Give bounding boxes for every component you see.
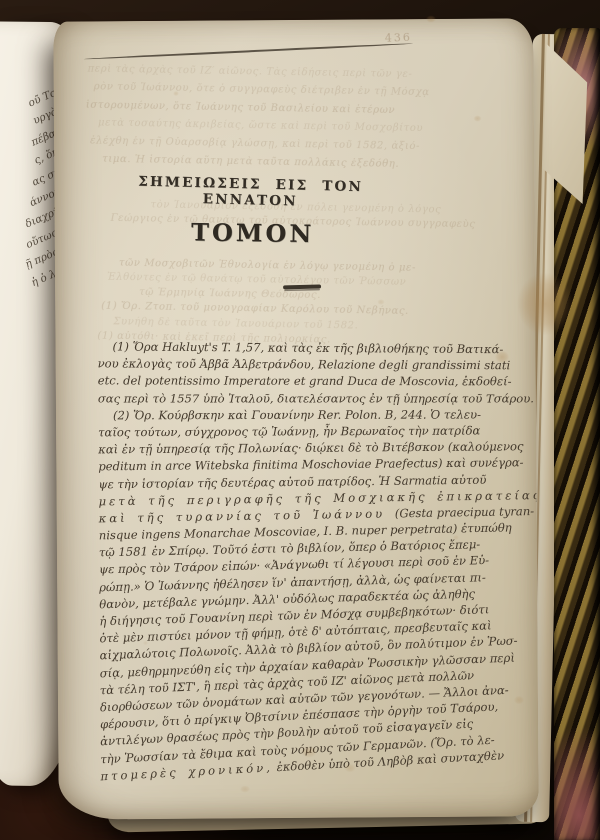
ghost-line: τῶν Μοσχοβιτῶν Ἐθνολογία ἐν λόγῳ γενομέν… <box>119 258 416 274</box>
footnote-line: σας περὶ τὸ 1557 ὑπὸ Ἰταλοῦ, διατελέσαντ… <box>98 391 522 408</box>
footnote-line: (2) Ὅρ. Κούρβσκην καὶ Γουανίνην Rer. Pol… <box>98 407 522 425</box>
ghost-line: περὶ τὰς ἀρχὰς τοῦ ΙΖ′ αἰῶνος. Τὰς εἰδήσ… <box>88 63 413 80</box>
ghost-line: ἱστορουμένων, ὅτε Ἰωάννης τοῦ Βασιλείου … <box>86 100 395 116</box>
volume-heading: ΤΟΜΟΝ <box>173 217 333 248</box>
footnote-segment: (Gesta praecipua tyran- <box>395 504 535 520</box>
book-photo-scene: οῦ Τσάρου.υργὸν τῆςπέβαλον ἢς, ὅπερ ἐ-ας… <box>0 0 600 840</box>
ghost-line: τιμα. Ἡ ἱστορία αὕτη μετὰ ταῦτα πολλάκις… <box>102 154 399 170</box>
ghost-line: ρὸν τοῦ Ἰωάννου, ὅτε ὁ συγγραφεὺς διέτρι… <box>94 81 430 98</box>
section-divider <box>283 284 321 289</box>
ghost-line: Ἐλθόντες ἐν τῷ θανάτῳ τοῦ αὐτολέγου τῶν … <box>107 272 406 288</box>
showthrough-ghost-text: περὶ τὰς ἀρχὰς τοῦ ΙΖ′ αἰῶνος. Τὰς εἰδήσ… <box>53 18 533 21</box>
footnote-line: etc. del potentissimo Imperatore et gran… <box>98 374 522 392</box>
ghost-page-number: 436 <box>353 29 443 46</box>
footnote-segment: peditum in arce Witebska finitima Moscho… <box>98 456 523 474</box>
footnote-text-block: (1) Ὅρα Hakluyt's T. 1,57, καὶ τὰς ἐκ τῆ… <box>97 336 524 786</box>
footnote-segment: καὶ ἐν τῇ ὑπηρεσίᾳ τῆς Πολωνίας· διῴκει … <box>98 439 523 456</box>
footnote-segment: ταῖος τούτων, σύγχρονος τῷ Ἰωάννῃ, ἦν Βε… <box>98 423 480 439</box>
ghost-line: μετὰ τοσαύτης ἀκριβείας, ὥστε καὶ περὶ τ… <box>98 117 423 134</box>
book-page: 436 περὶ τὰς ἀρχὰς τοῦ ΙΖ′ αἰῶνος. Τὰς ε… <box>53 18 539 819</box>
ghost-line: Συνήθη δὲ ταῦτα τὸν Ἰανουάριον τοῦ 1582. <box>113 316 358 331</box>
footnote-segment: (1) Ὅρα Hakluyt's T. 1,57, καὶ τὰς ἐκ τῆ… <box>112 339 503 356</box>
chapter-heading: ΣΗΜΕΙΩΣΕΙΣ ΕΙΣ ΤΟΝ ΕΝΝΑΤΟΝ <box>92 172 409 212</box>
ghost-line: (1) Ὅρ. Ζτοπ. τοῦ μονογραφίαν Καρόλου το… <box>101 301 409 317</box>
footnote-segment: etc. del potentissimo Imperatore et gran… <box>98 374 512 389</box>
footnote-segment: (2) Ὅρ. Κούρβσκην καὶ Γουανίνην Rer. Pol… <box>113 407 481 422</box>
footnote-segment: σας περὶ τὸ 1557 ὑπὸ Ἰταλοῦ, διατελέσαντ… <box>98 391 534 405</box>
footnote-segment: νου ἐκλογὰς τοῦ Ἀββᾶ Ἀλβετράνδου, Relazi… <box>98 357 511 373</box>
ghost-line: ἐλέχθη ἐν τῇ Οὐαρσοβίᾳ γλώσσῃ, καὶ περὶ … <box>90 135 420 152</box>
